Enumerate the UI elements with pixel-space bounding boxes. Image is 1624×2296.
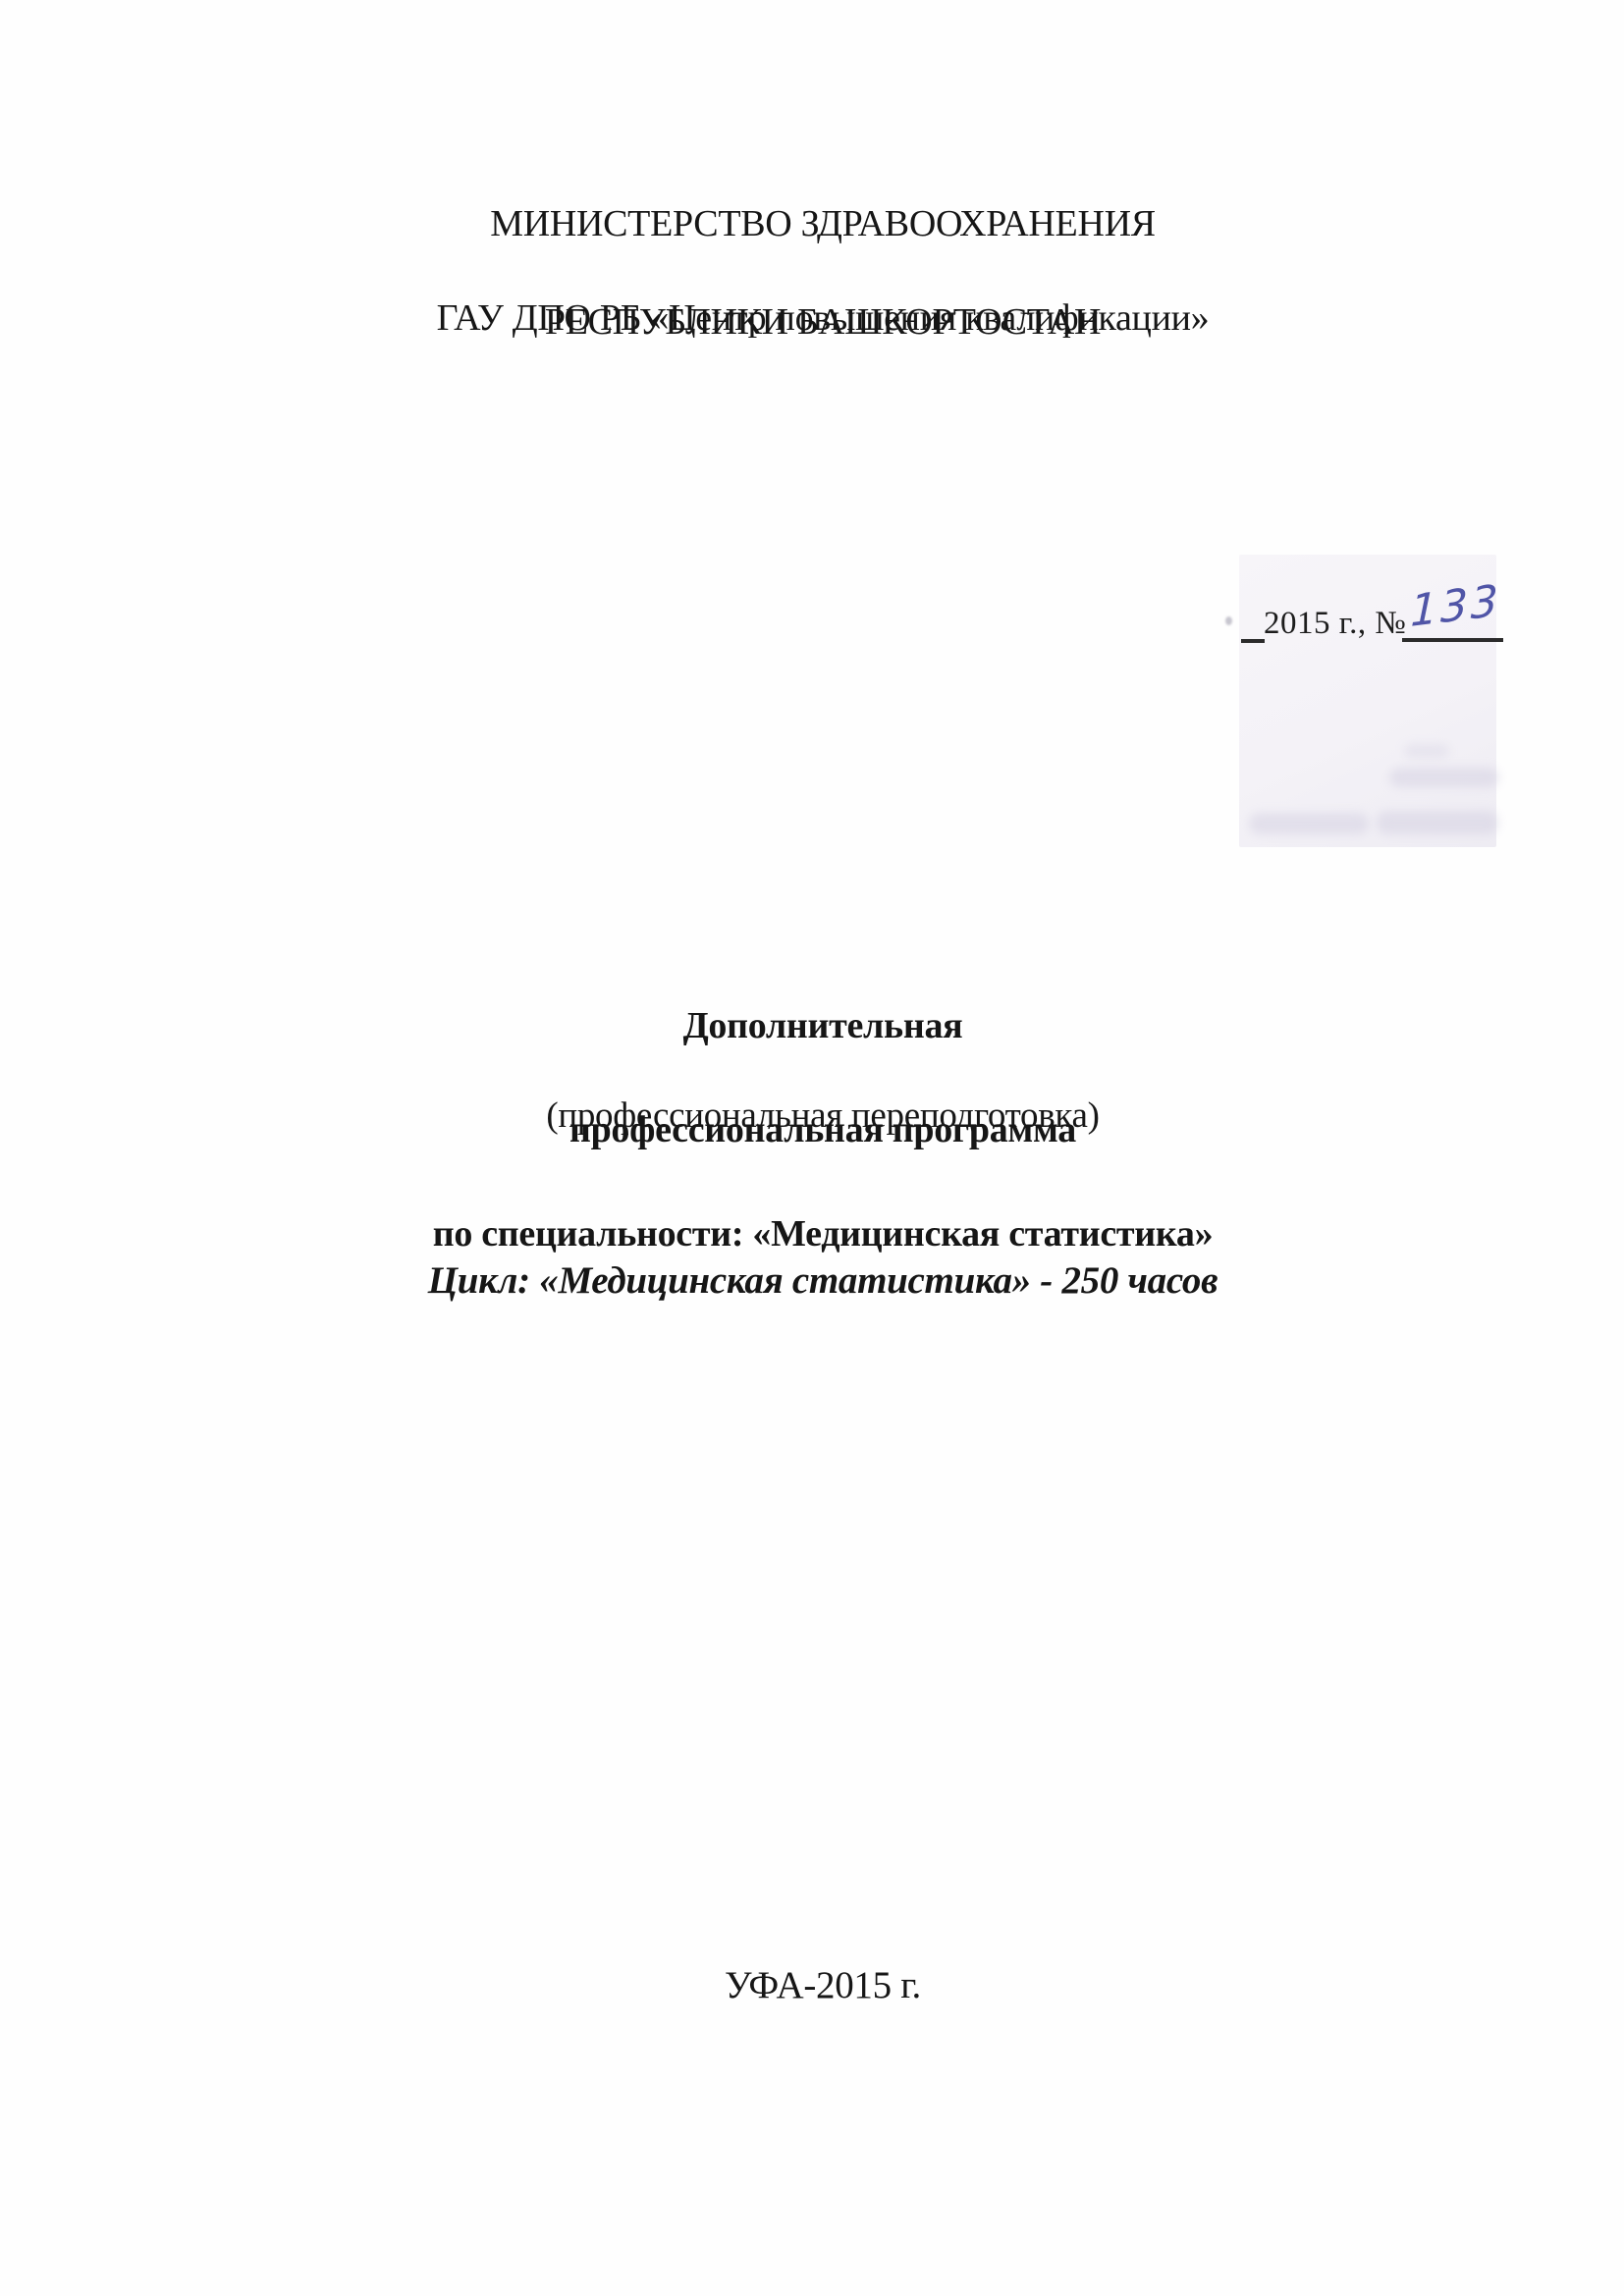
ministry-name-line1: МИНИСТЕРСТВО ЗДРАВООХРАНЕНИЯ — [22, 199, 1624, 248]
city-year-footer: УФА-2015 г. — [22, 1961, 1624, 2010]
ink-bleed-smudge — [1389, 768, 1499, 787]
stamp-date-blank-line — [1241, 639, 1265, 643]
document-page: МИНИСТЕРСТВО ЗДРАВООХРАНЕНИЯ РЕСПУБЛИКИ … — [0, 0, 1624, 2296]
stamp-stray-ink-dot — [1225, 616, 1232, 625]
ink-bleed-smudge — [1404, 744, 1449, 758]
organization-name: ГАУ ДПО РБ «Центр повышения квалификации… — [22, 294, 1624, 343]
cycle-title: Цикл: «Медицинская статистика» - 250 час… — [22, 1256, 1624, 1306]
ministry-name: МИНИСТЕРСТВО ЗДРАВООХРАНЕНИЯ РЕСПУБЛИКИ … — [22, 150, 1624, 396]
ink-bleed-smudge — [1249, 813, 1369, 834]
stamp-number-blank-line — [1402, 638, 1503, 642]
stamp-date-text: 2015 г., № — [1264, 606, 1406, 641]
program-title-line3: по специальности: «Медицинская статистик… — [22, 1208, 1624, 1260]
program-subtitle: (профессиональная переподготовка) — [22, 1092, 1624, 1141]
ink-bleed-smudge — [1377, 811, 1498, 834]
program-title-line1: Дополнительная — [22, 1000, 1624, 1052]
stamp-number-handwritten: 133 — [1410, 579, 1501, 634]
